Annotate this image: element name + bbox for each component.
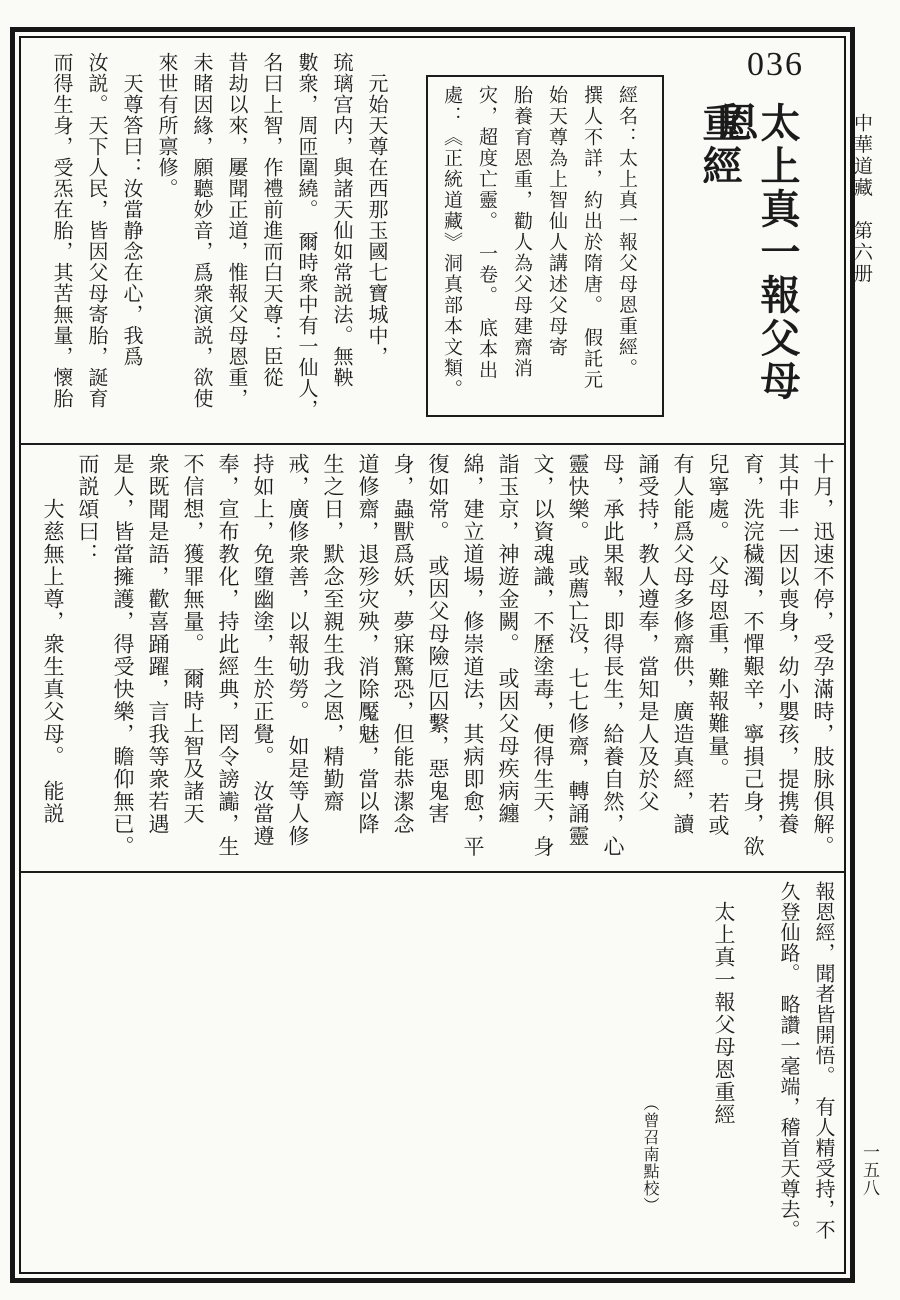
catalog-number: 036 xyxy=(747,46,804,84)
text-column: 汝説。天下人民，皆因父母寄胎，誕育 xyxy=(78,52,113,442)
text-column: 兒寧處。 父母恩重，難報難量。 若或 xyxy=(700,453,735,869)
top-text-columns: 元始天尊在西那玉國七寶城中，琉璃宫内，與諸天仙如常説法。無鞅數衆，周匝圍繞。 爾… xyxy=(41,52,393,442)
text-column: 而説頌曰： xyxy=(70,453,105,869)
text-column: 大慈無上尊，衆生真父母。 能説 xyxy=(35,453,70,869)
page-frame-inner: 036 太上真一報父母恩 重經 經名：太上真一報父母恩重經。撰人不詳，約出於隋唐… xyxy=(19,36,846,1274)
text-column: 詣玉京，神遊金闕。 或因父母疾病纏 xyxy=(490,453,525,869)
text-column: 文，以資魂識，不歷塗毒，便得生天，身 xyxy=(525,453,560,869)
text-column: 生之日，默念至親生我之恩，精勤齋 xyxy=(315,453,350,869)
text-column: 處：《正統道藏》洞真部本文類。 xyxy=(434,85,469,407)
page-frame: 036 太上真一報父母恩 重經 經名：太上真一報父母恩重經。撰人不詳，約出於隋唐… xyxy=(10,27,855,1283)
main-title-continued: 重經 xyxy=(698,102,740,188)
text-column: 元始天尊在西那玉國七寶城中， xyxy=(358,52,393,442)
abstract-box: 經名：太上真一報父母恩重經。撰人不詳，約出於隋唐。 假託元始天尊為上智仙人講述父… xyxy=(426,75,664,417)
text-column: 誦受持，教人遵奉，當知是人及於父 xyxy=(630,453,665,869)
middle-text-columns: 十月，迅速不停，受孕滿時，肢脉俱解。其中非一因以喪身，幼小嬰孩，提携養育，洗浣穢… xyxy=(28,453,840,869)
text-column: 昔劫以來，屢聞正道，惟報父母恩重， xyxy=(218,52,253,442)
text-column: 戒，廣修衆善，以報劬勞。 如是等人修 xyxy=(280,453,315,869)
bottom-text-columns: 報恩經，聞者皆開悟。 有人精受持，不久登仙路。 略讚一毫端，稽首天尊去。 xyxy=(766,881,840,1271)
text-column: 道修齋，退殄灾殃，消除魘魅，當以降 xyxy=(350,453,385,869)
text-column: 靈快樂。 或薦亡没，七七修齋，轉誦靈 xyxy=(560,453,595,869)
text-column: 來世有所禀修。 xyxy=(148,52,183,442)
text-column: 天尊答曰：汝當静念在心，我爲 xyxy=(113,52,148,442)
text-column: 灾，超度亡靈。 一卷。 底本出 xyxy=(469,85,504,407)
text-column: 其中非一因以喪身，幼小嬰孩，提携養 xyxy=(770,453,805,869)
text-column: 報恩經，聞者皆開悟。 有人精受持，不 xyxy=(805,881,840,1271)
text-column: 未睹因緣，願聽妙音，爲衆演説，欲使 xyxy=(183,52,218,442)
text-column: 有人能爲父母多修齋供，廣造真經，讀 xyxy=(665,453,700,869)
text-column: 數衆，周匝圍繞。 爾時衆中有一仙人， xyxy=(288,52,323,442)
abstract-columns: 經名：太上真一報父母恩重經。撰人不詳，約出於隋唐。 假託元始天尊為上智仙人講述父… xyxy=(434,85,644,407)
text-column: 久登仙路。 略讚一毫端，稽首天尊去。 xyxy=(770,881,805,1271)
text-column: 名曰上智，作禮前進而白天尊：臣從 xyxy=(253,52,288,442)
text-column: 是人，皆當擁護，得受快樂，瞻仰無已。 xyxy=(105,453,140,869)
text-column: 經名：太上真一報父母恩重經。 xyxy=(609,85,644,407)
top-section: 036 太上真一報父母恩 重經 經名：太上真一報父母恩重經。撰人不詳，約出於隋唐… xyxy=(21,38,844,443)
text-column: 不信想，獲罪無量。 爾時上智及諸天 xyxy=(175,453,210,869)
text-column: 胎養育恩重，勸人為父母建齋消 xyxy=(504,85,539,407)
text-column: 育，洗浣穢濁，不憚艱辛，寧損己身，欲 xyxy=(735,453,770,869)
text-column: 持如上，免墮幽塗，生於正覺。 汝當遵 xyxy=(245,453,280,869)
text-column: 始天尊為上智仙人講述父母寄 xyxy=(539,85,574,407)
bottom-section: 報恩經，聞者皆開悟。 有人精受持，不久登仙路。 略讚一毫端，稽首天尊去。 太上真… xyxy=(21,873,844,1272)
text-column: 母，承此果報，即得長生，給養自然，心 xyxy=(595,453,630,869)
middle-section: 十月，迅速不停，受孕滿時，肢脉俱解。其中非一因以喪身，幼小嬰孩，提携養育，洗浣穢… xyxy=(21,445,844,871)
text-column: 十月，迅速不停，受孕滿時，肢脉俱解。 xyxy=(805,453,840,869)
text-column: 復如常。 或因父母險厄囚繫，惡鬼害 xyxy=(420,453,455,869)
end-title: 太上真一報父母恩重經 xyxy=(712,901,736,1126)
text-column: 綿，建立道場，修崇道法，其病即愈，平 xyxy=(455,453,490,869)
page-number: 一五八 xyxy=(860,1143,878,1197)
text-column: 琉璃宫内，與諸天仙如常説法。無鞅 xyxy=(323,52,358,442)
text-column: 而得生身，受炁在胎，其苦無量，懷胎 xyxy=(43,52,78,442)
text-column: 身，蟲獸爲妖，夢寐驚恐，但能恭潔念 xyxy=(385,453,420,869)
editor-note: （曾召南點校） xyxy=(640,1095,658,1214)
text-column: 衆既聞是語，歡喜踊躍，言我等衆若遇 xyxy=(140,453,175,869)
text-column: 奉，宣布教化，持此經典，罔令謗讟，生 xyxy=(210,453,245,869)
text-column: 撰人不詳，約出於隋唐。 假託元 xyxy=(574,85,609,407)
